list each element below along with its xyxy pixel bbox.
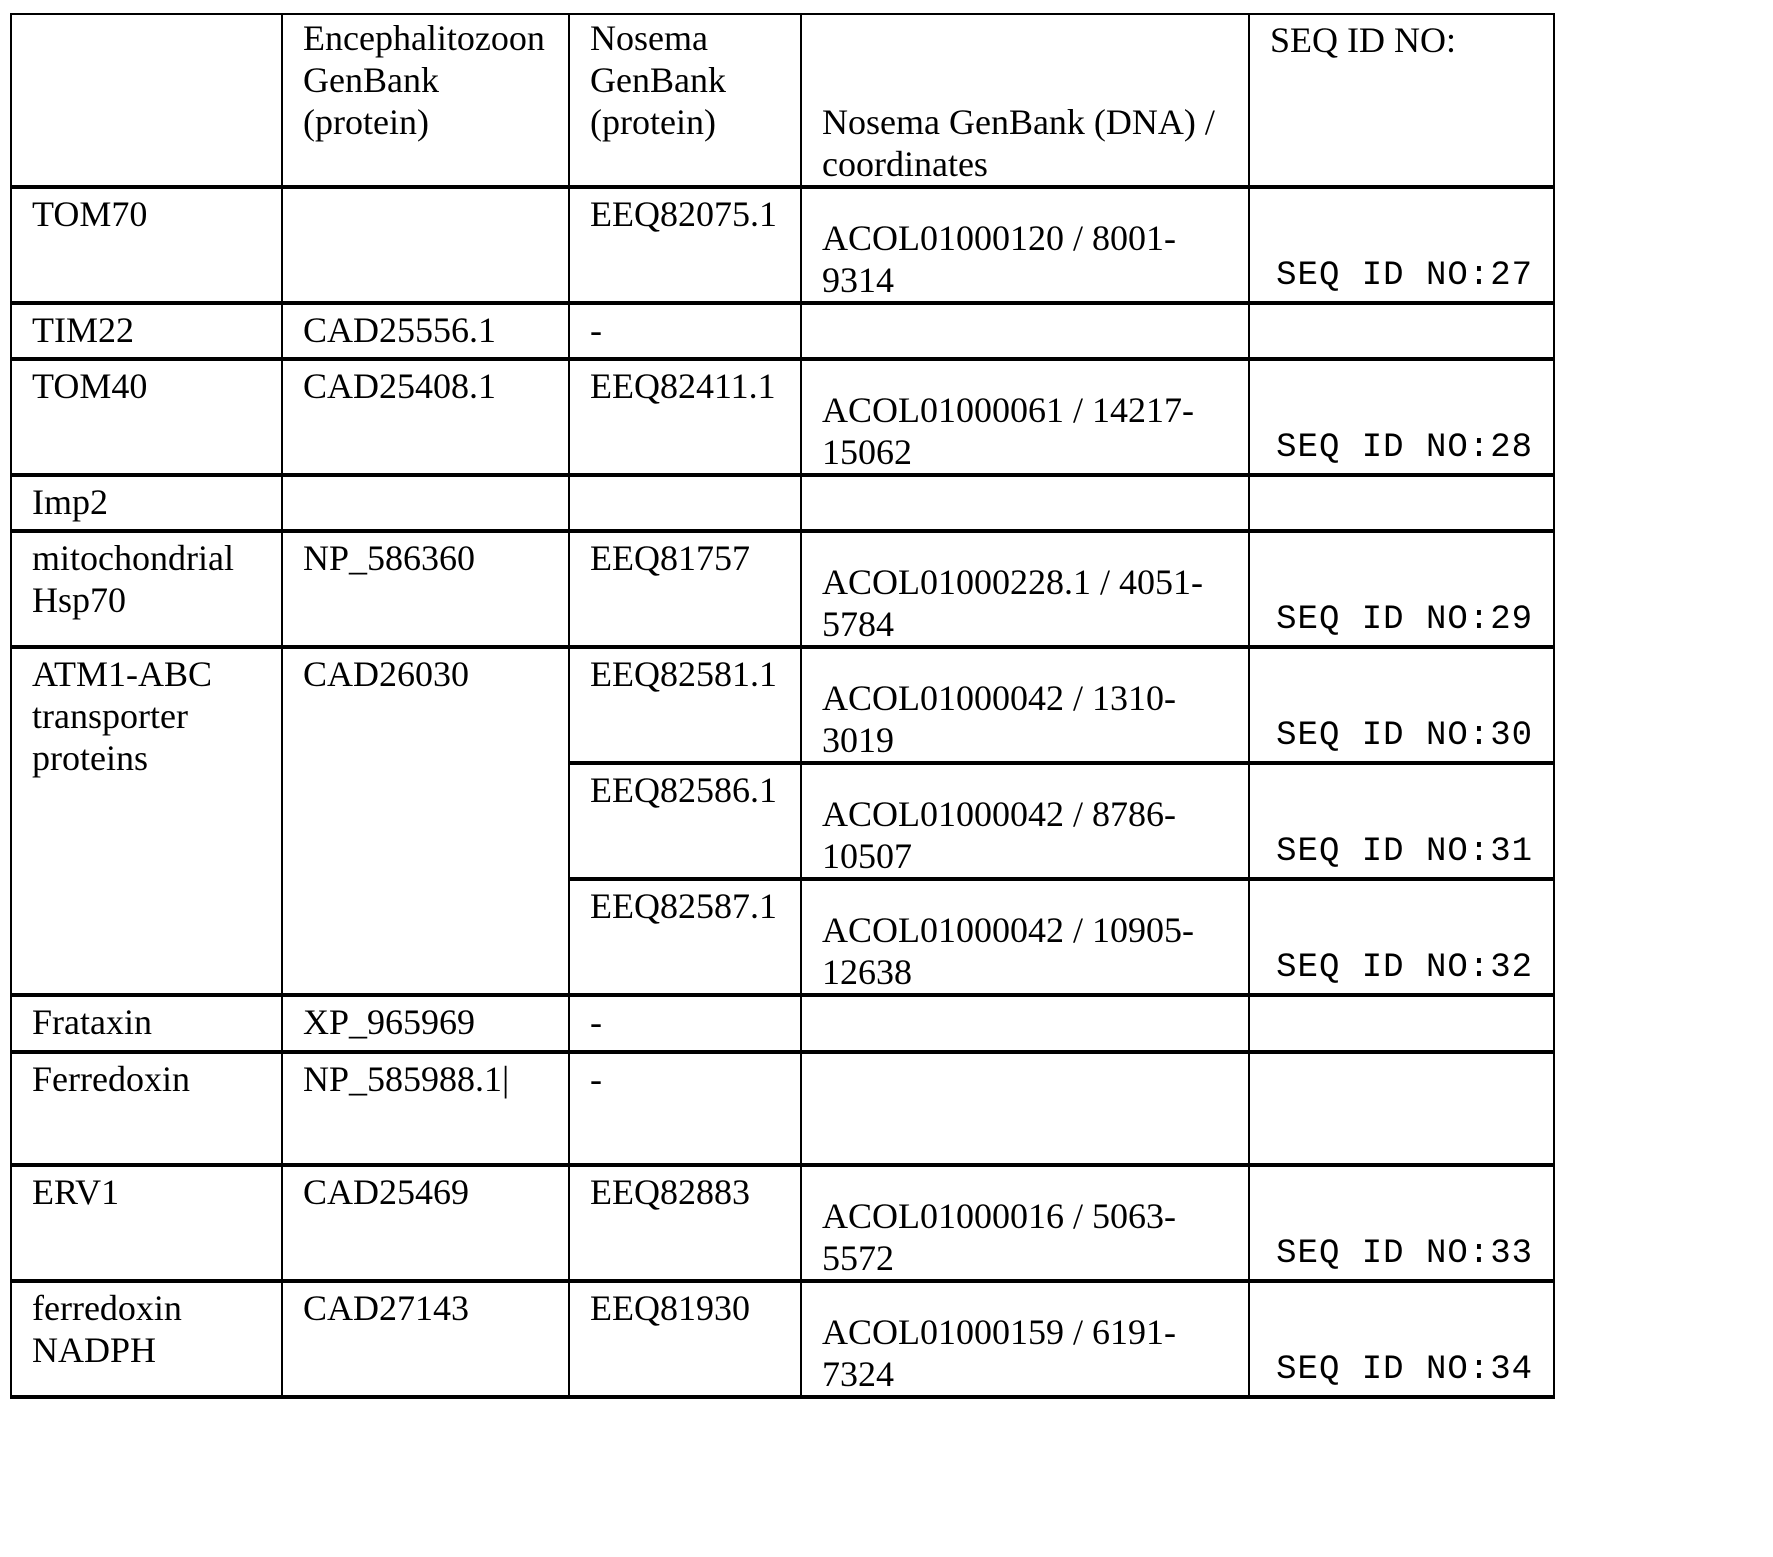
gene-cell-text: mitochondrial Hsp70 [12,533,281,621]
gene-cell-text: TIM22 [12,305,281,351]
nosema-dna-cell: ACOL01000159 / 6191-7324 [801,1281,1249,1397]
table-row: TOM70EEQ82075.1ACOL01000120 / 8001-9314S… [11,187,1554,303]
gene-cell-text: Imp2 [12,477,281,523]
header-encephalitozoon-text: Encephalitozoon GenBank (protein) [283,15,568,143]
encephalitozoon-cell-text: CAD25556.1 [283,305,568,351]
gene-cell: ERV1 [11,1165,282,1281]
nosema-dna-cell [801,995,1249,1052]
nosema-protein-cell: EEQ82581.1 [569,647,801,763]
nosema-protein-cell: EEQ81930 [569,1281,801,1397]
nosema-dna-cell [801,1052,1249,1165]
nosema-dna-cell [801,475,1249,531]
nosema-dna-cell: ACOL01000042 / 10905-12638 [801,879,1249,995]
encephalitozoon-cell: NP_585988.1| [282,1052,569,1165]
table-row: mitochondrial Hsp70NP_586360EEQ81757ACOL… [11,531,1554,647]
nosema-protein-cell: - [569,995,801,1052]
nosema-protein-cell-text: EEQ82883 [570,1167,800,1213]
header-encephalitozoon: Encephalitozoon GenBank (protein) [282,14,569,187]
seq-id-cell: SEQ ID NO:29 [1249,531,1554,647]
encephalitozoon-cell: CAD27143 [282,1281,569,1397]
gene-cell: ferredoxin NADPH [11,1281,282,1397]
table-row: FrataxinXP_965969- [11,995,1554,1052]
table-row: TOM40CAD25408.1EEQ82411.1ACOL01000061 / … [11,359,1554,475]
seq-id-text: SEQ ID NO:27 [1276,257,1533,295]
nosema-dna-text [802,1054,1248,1082]
seq-id-text: SEQ ID NO:34 [1276,1351,1533,1389]
nosema-dna-text: ACOL01000228.1 / 4051-5784 [802,533,1248,645]
nosema-protein-cell-text: EEQ82587.1 [570,881,800,927]
gene-cell: TOM40 [11,359,282,475]
seq-id-text: SEQ ID NO:29 [1276,601,1533,639]
nosema-dna-text: ACOL01000016 / 5063-5572 [802,1167,1248,1279]
seq-id-cell [1249,995,1554,1052]
encephalitozoon-cell-text [283,189,568,193]
encephalitozoon-cell-text: CAD25408.1 [283,361,568,407]
nosema-protein-cell: EEQ82411.1 [569,359,801,475]
nosema-dna-text: ACOL01000042 / 1310-3019 [802,649,1248,761]
seq-id-cell: SEQ ID NO:33 [1249,1165,1554,1281]
gene-cell: TIM22 [11,303,282,359]
seq-id-cell [1249,475,1554,531]
gene-cell: mitochondrial Hsp70 [11,531,282,647]
encephalitozoon-cell-text [283,477,568,481]
nosema-protein-cell: EEQ81757 [569,531,801,647]
seq-id-cell: SEQ ID NO:28 [1249,359,1554,475]
encephalitozoon-cell: NP_586360 [282,531,569,647]
header-row: Encephalitozoon GenBank (protein) Nosema… [11,14,1554,187]
header-seq-id: SEQ ID NO: [1249,14,1554,187]
nosema-dna-cell: ACOL01000228.1 / 4051-5784 [801,531,1249,647]
seq-id-text: SEQ ID NO:31 [1276,833,1533,871]
table-row: ferredoxin NADPHCAD27143EEQ81930ACOL0100… [11,1281,1554,1397]
encephalitozoon-cell-text: CAD25469 [283,1167,568,1213]
nosema-protein-cell-text: EEQ82075.1 [570,189,800,235]
seq-id-text: SEQ ID NO:32 [1276,949,1533,987]
encephalitozoon-cell: CAD26030 [282,647,569,995]
seq-id-cell: SEQ ID NO:32 [1249,879,1554,995]
nosema-dna-cell [801,303,1249,359]
table-row: FerredoxinNP_585988.1|- [11,1052,1554,1165]
table-row: ERV1CAD25469EEQ82883ACOL01000016 / 5063-… [11,1165,1554,1281]
nosema-dna-cell: ACOL01000042 / 1310-3019 [801,647,1249,763]
nosema-dna-text: ACOL01000120 / 8001-9314 [802,189,1248,301]
header-nosema-protein: Nosema GenBank (protein) [569,14,801,187]
encephalitozoon-cell: CAD25556.1 [282,303,569,359]
nosema-dna-text [802,477,1248,505]
nosema-dna-text: ACOL01000042 / 8786-10507 [802,765,1248,877]
nosema-dna-text: ACOL01000159 / 6191-7324 [802,1283,1248,1395]
encephalitozoon-cell-text: CAD26030 [283,649,568,695]
nosema-protein-cell: - [569,303,801,359]
encephalitozoon-cell-text: CAD27143 [283,1283,568,1329]
table-row: TIM22CAD25556.1- [11,303,1554,359]
encephalitozoon-cell-text: NP_586360 [283,533,568,579]
nosema-protein-cell-text: - [570,1054,800,1100]
seq-id-cell: SEQ ID NO:34 [1249,1281,1554,1397]
nosema-protein-cell-text: EEQ82581.1 [570,649,800,695]
gene-cell: Frataxin [11,995,282,1052]
gene-cell-text: ATM1-ABC transporter proteins [12,649,281,779]
encephalitozoon-cell: CAD25469 [282,1165,569,1281]
seq-id-text: SEQ ID NO:33 [1276,1235,1533,1273]
seq-id-text: SEQ ID NO:28 [1276,429,1533,467]
header-nosema-protein-text: Nosema GenBank (protein) [570,15,800,143]
seq-id-cell: SEQ ID NO:31 [1249,763,1554,879]
gene-cell-text: ERV1 [12,1167,281,1213]
nosema-protein-cell-text: - [570,305,800,351]
gene-cell-text: TOM40 [12,361,281,407]
encephalitozoon-cell [282,475,569,531]
encephalitozoon-cell-text: XP_965969 [283,997,568,1043]
header-gene-text [12,15,281,17]
table-row: ATM1-ABC transporter proteinsCAD26030EEQ… [11,647,1554,763]
gene-cell: Ferredoxin [11,1052,282,1165]
seq-id-cell [1249,1052,1554,1165]
gene-cell-text: ferredoxin NADPH [12,1283,281,1371]
header-nosema-dna: Nosema GenBank (DNA) / coordinates [801,14,1249,187]
seq-id-text: SEQ ID NO:30 [1276,717,1533,755]
nosema-protein-cell-text: EEQ81757 [570,533,800,579]
nosema-dna-text: ACOL01000061 / 14217-15062 [802,361,1248,473]
genbank-table: Encephalitozoon GenBank (protein) Nosema… [10,13,1555,1399]
nosema-protein-cell: EEQ82587.1 [569,879,801,995]
header-gene [11,14,282,187]
nosema-protein-cell: - [569,1052,801,1165]
seq-id-cell [1249,303,1554,359]
nosema-dna-cell: ACOL01000061 / 14217-15062 [801,359,1249,475]
nosema-protein-cell-text: - [570,997,800,1043]
header-seq-id-text: SEQ ID NO: [1250,15,1553,61]
nosema-dna-text: ACOL01000042 / 10905-12638 [802,881,1248,993]
nosema-protein-cell-text: EEQ81930 [570,1283,800,1329]
nosema-dna-cell: ACOL01000042 / 8786-10507 [801,763,1249,879]
gene-cell: Imp2 [11,475,282,531]
seq-id-cell: SEQ ID NO:27 [1249,187,1554,303]
encephalitozoon-cell-text: NP_585988.1| [283,1054,568,1100]
nosema-protein-cell: EEQ82075.1 [569,187,801,303]
encephalitozoon-cell [282,187,569,303]
gene-cell-text: TOM70 [12,189,281,235]
nosema-dna-text [802,997,1248,1025]
gene-cell-text: Ferredoxin [12,1054,281,1100]
gene-cell-text: Frataxin [12,997,281,1043]
seq-id-cell: SEQ ID NO:30 [1249,647,1554,763]
gene-cell: ATM1-ABC transporter proteins [11,647,282,995]
nosema-protein-cell-text [570,477,800,481]
nosema-protein-cell: EEQ82883 [569,1165,801,1281]
header-nosema-dna-text: Nosema GenBank (DNA) / coordinates [802,15,1248,185]
nosema-dna-text [802,305,1248,333]
gene-cell: TOM70 [11,187,282,303]
nosema-protein-cell-text: EEQ82411.1 [570,361,800,407]
nosema-protein-cell: EEQ82586.1 [569,763,801,879]
nosema-protein-cell [569,475,801,531]
nosema-dna-cell: ACOL01000016 / 5063-5572 [801,1165,1249,1281]
encephalitozoon-cell: CAD25408.1 [282,359,569,475]
table-row: Imp2 [11,475,1554,531]
nosema-protein-cell-text: EEQ82586.1 [570,765,800,811]
nosema-dna-cell: ACOL01000120 / 8001-9314 [801,187,1249,303]
encephalitozoon-cell: XP_965969 [282,995,569,1052]
